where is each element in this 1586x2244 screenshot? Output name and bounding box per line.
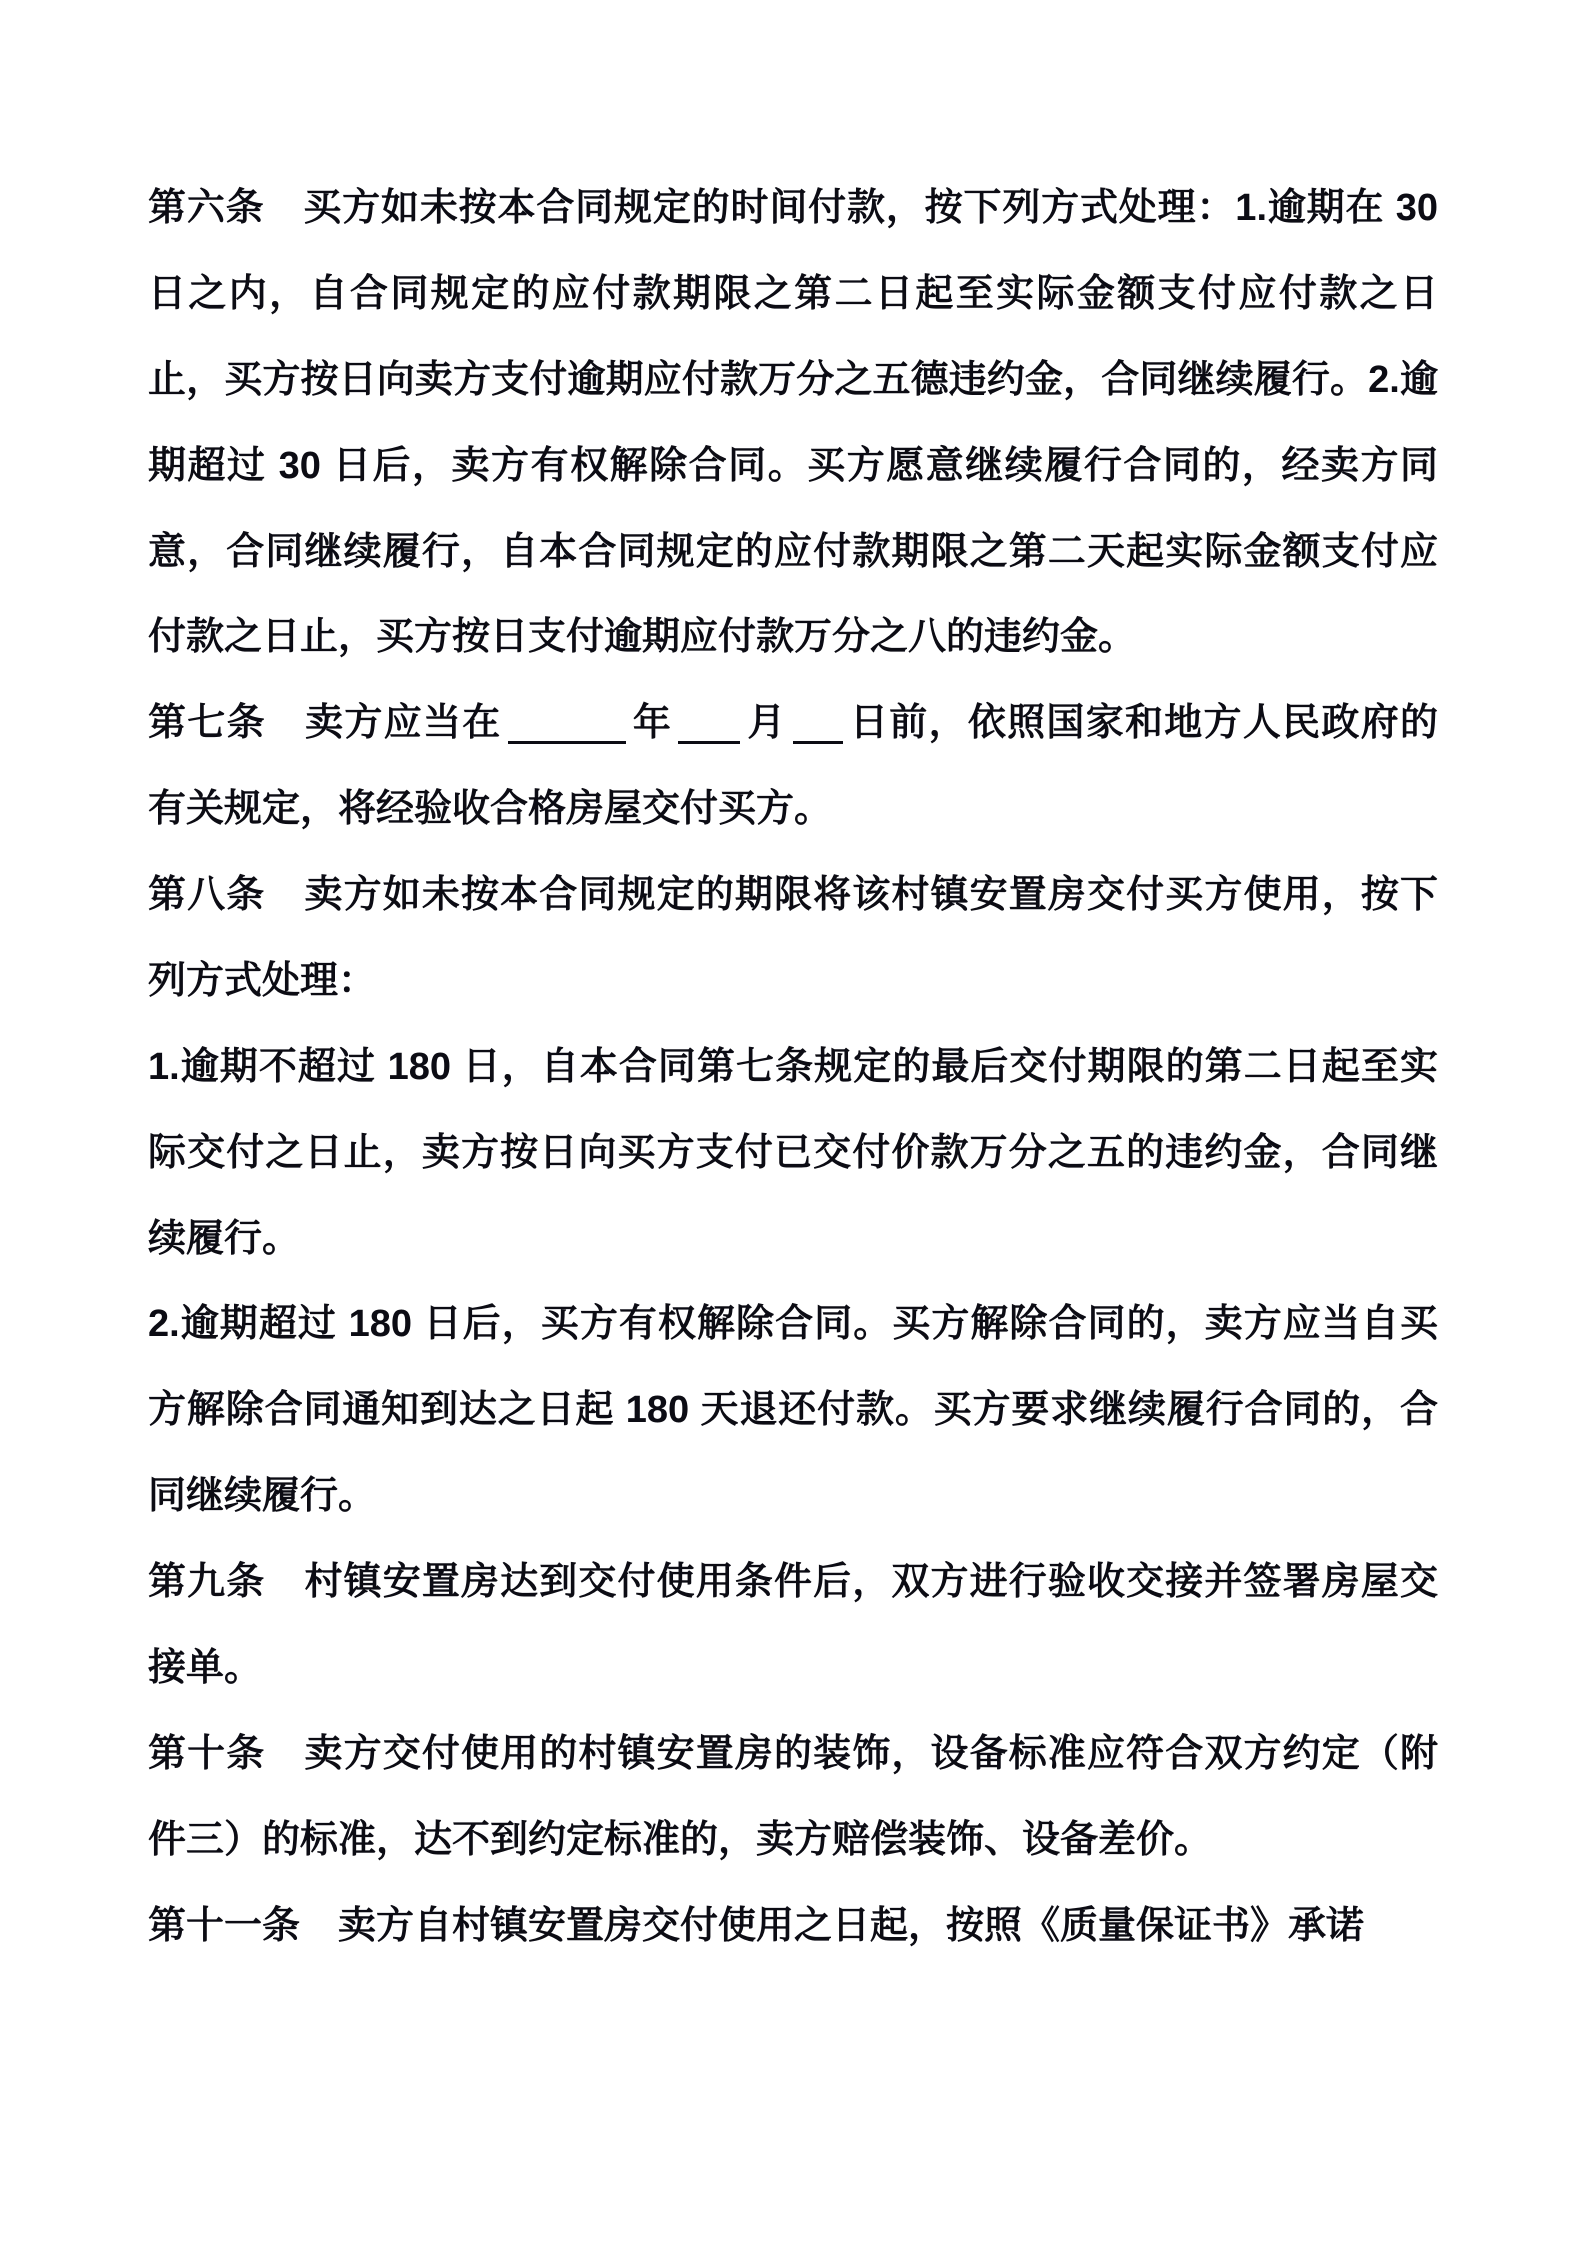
document-page: 第六条 买方如未按本合同规定的时间付款，按下列方式处理：1.逾期在 30 日之内…	[0, 0, 1586, 2244]
article-7: 第七条 卖方应当在年月日前，依照国家和地方人民政府的有关规定，将经验收合格房屋交…	[148, 681, 1438, 853]
article-8-item-1: 1.逾期不超过 180 日，自本合同第七条规定的最后交付期限的第二日起至实际交付…	[148, 1025, 1438, 1283]
paragraph-text: 第八条 卖方如未按本合同规定的期限将该村镇安置房交付买方使用，按下列方式处理：	[148, 874, 1438, 1002]
paragraph-text: 第十条 卖方交付使用的村镇安置房的装饰，设备标准应符合双方约定（附件三）的标准，…	[148, 1733, 1438, 1861]
month-blank	[678, 703, 740, 744]
paragraph-text: 1.逾期不超过 180 日，自本合同第七条规定的最后交付期限的第二日起至实际交付…	[148, 1046, 1438, 1260]
paragraph-text: 第六条 买方如未按本合同规定的时间付款，按下列方式处理：1.逾期在 30 日之内…	[148, 187, 1438, 658]
article-6: 第六条 买方如未按本合同规定的时间付款，按下列方式处理：1.逾期在 30 日之内…	[148, 166, 1438, 681]
article-9: 第九条 村镇安置房达到交付使用条件后，双方进行验收交接并签署房屋交接单。	[148, 1540, 1438, 1712]
paragraph-text: 月	[746, 702, 787, 744]
article-8: 第八条 卖方如未按本合同规定的期限将该村镇安置房交付买方使用，按下列方式处理：	[148, 853, 1438, 1025]
day-blank	[793, 703, 843, 744]
paragraph-text: 第十一条 卖方自村镇安置房交付使用之日起，按照《质量保证书》承诺	[148, 1905, 1364, 1947]
paragraph-text: 2.逾期超过 180 日后，买方有权解除合同。买方解除合同的，卖方应当自买方解除…	[148, 1303, 1438, 1517]
paragraph-text: 年	[632, 702, 673, 744]
article-8-item-2: 2.逾期超过 180 日后，买方有权解除合同。买方解除合同的，卖方应当自买方解除…	[148, 1282, 1438, 1540]
article-10: 第十条 卖方交付使用的村镇安置房的装饰，设备标准应符合双方约定（附件三）的标准，…	[148, 1712, 1438, 1884]
article-11: 第十一条 卖方自村镇安置房交付使用之日起，按照《质量保证书》承诺	[148, 1884, 1438, 1970]
document-body: 第六条 买方如未按本合同规定的时间付款，按下列方式处理：1.逾期在 30 日之内…	[148, 166, 1438, 1969]
year-blank	[508, 703, 626, 744]
paragraph-text: 第七条 卖方应当在	[148, 702, 502, 744]
paragraph-text: 第九条 村镇安置房达到交付使用条件后，双方进行验收交接并签署房屋交接单。	[148, 1561, 1438, 1689]
